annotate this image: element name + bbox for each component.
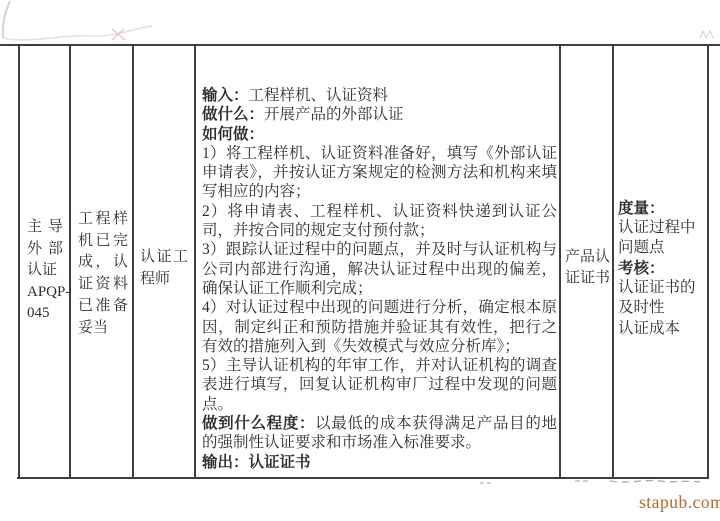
- scan-artifact-bottom-scribble: [610, 481, 700, 482]
- text-line: 045: [27, 303, 63, 325]
- table-border-v6: [612, 45, 614, 479]
- cell-role: 认证工程师: [140, 247, 188, 290]
- cell-entry-criteria: 工程样机已完成，认证资料已准备妥当: [78, 209, 128, 339]
- text-line: 程师: [140, 269, 188, 291]
- table-border-v5: [559, 45, 561, 479]
- text-line: 工程样: [78, 209, 128, 231]
- table-border-v7: [707, 45, 709, 479]
- table-border-v3: [132, 45, 134, 479]
- text-line: APQP-: [27, 282, 63, 304]
- text-line: 认证成本: [618, 319, 704, 339]
- scan-artifact-topright-squiggle: [700, 31, 713, 38]
- table-border-bottom: [17, 477, 709, 479]
- scan-artifact-topleft-wisp: [3, 26, 152, 40]
- text-line: 外部: [27, 239, 63, 261]
- activity-paragraph: 3）跟踪认证过程中的问题点，并及时与认证机构与公司内部进行沟通，解决认证过程中出…: [202, 240, 557, 298]
- text-line: 考核：: [618, 258, 704, 278]
- text-line: 认证证书的: [618, 278, 704, 298]
- cell-process-id: 主导外部认证APQP-045: [27, 217, 63, 325]
- activity-paragraph: 4）对认证过程中出现的问题进行分析，确定根本原因，制定纠正和预防措施并验证其有效…: [202, 298, 557, 356]
- text-line: 妥当: [78, 318, 128, 340]
- activity-paragraph: 2）将申请表、工程样机、认证资料快递到认证公司，并按合同的规定支付预付款；: [202, 202, 557, 241]
- activity-paragraph: 输出：认证证书: [202, 453, 557, 472]
- text-line: 已准备: [78, 296, 128, 318]
- scanned-process-document: 主导外部认证APQP-045 工程样机已完成，认证资料已准备妥当 认证工程师 输…: [0, 0, 720, 521]
- activity-paragraph: 输入：工程样机、认证资料: [202, 86, 557, 105]
- text-line: 问题点: [618, 238, 704, 258]
- text-line: 机已完: [78, 231, 128, 253]
- text-line: 度量：: [618, 198, 704, 218]
- paragraph-label: 输出：: [202, 453, 249, 471]
- scan-artifact-x-mark: [112, 29, 125, 40]
- activity-paragraph: 做什么：开展产品的外部认证: [202, 105, 557, 124]
- scan-artifact-topleft-curve: [3, 1, 10, 38]
- cell-output-deliverable: 产品认证证书: [565, 247, 606, 289]
- activity-paragraph: 5）主导认证机构的年审工作，并对认证机构的调查表进行填写，回复认证机构审厂过程中…: [202, 356, 557, 414]
- activity-paragraph: 1）将工程样机、认证资料准备好，填写《外部认证申请表》，并按认证方案规定的检测方…: [202, 144, 557, 202]
- text-line: 认证工: [140, 247, 188, 269]
- activity-paragraph: 如何做：: [202, 125, 557, 144]
- paragraph-label: 输入：: [202, 86, 249, 104]
- cell-activity-description: 输入：工程样机、认证资料做什么：开展产品的外部认证如何做：1）将工程样机、认证资…: [202, 86, 557, 472]
- text-line: 主导: [27, 217, 63, 239]
- cell-metrics-assessment: 度量：认证过程中问题点考核：认证证书的及时性认证成本: [618, 198, 704, 339]
- text-line: 认证: [27, 260, 63, 282]
- paragraph-label: 做到什么程度：: [202, 414, 315, 432]
- activity-paragraph: 做到什么程度：以最低的成本获得满足产品目的地的强制性认证要求和市场准入标准要求。: [202, 414, 557, 453]
- paragraph-label: 如何做：: [202, 125, 264, 143]
- paragraph-label: 做什么：: [202, 105, 264, 123]
- text-line: 及时性: [618, 298, 704, 318]
- table-border-v1: [18, 45, 20, 479]
- text-line: 产品认: [565, 247, 606, 268]
- table-border-v4: [194, 45, 196, 479]
- text-line: 成，认: [78, 252, 128, 274]
- text-line: 认证过程中: [618, 218, 704, 238]
- text-line: 证证书: [565, 268, 606, 289]
- text-line: 证资料: [78, 274, 128, 296]
- site-watermark: stapub.com: [639, 492, 720, 513]
- table-border-v2: [69, 45, 71, 479]
